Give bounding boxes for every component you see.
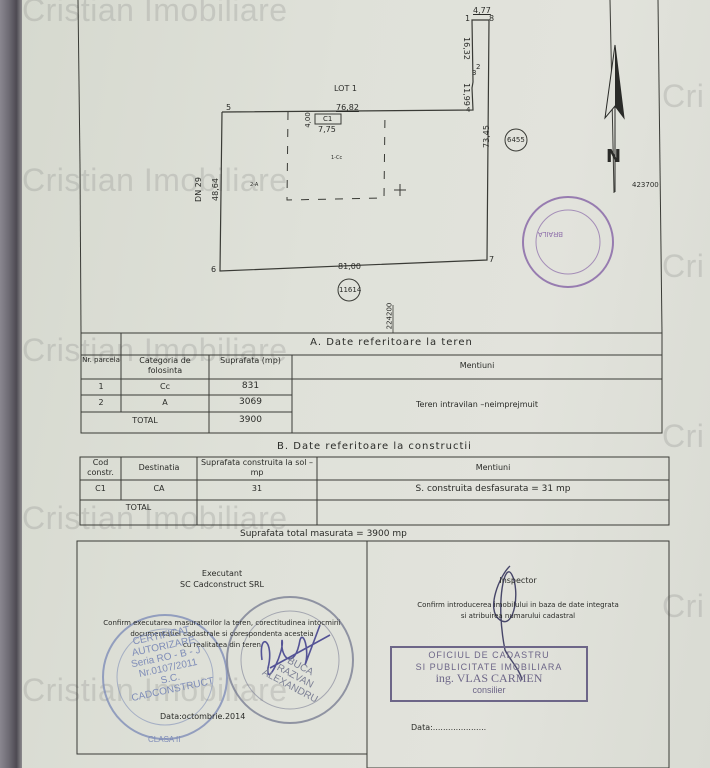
point-5: 5 <box>226 103 231 112</box>
parcel-label-1: 1-Cc <box>331 155 342 161</box>
executant-confirm-2: documentatiei cadastrale si corespondent… <box>77 630 367 638</box>
executant-company: SC Cadconstruct SRL <box>77 580 367 589</box>
point-8: 8 <box>489 14 494 23</box>
header-suprafata-constr: Suprafata construita la sol – mp <box>197 458 317 478</box>
total-surface: Suprafata total masurata = 3900 mp <box>240 529 407 539</box>
dim-p1-p8: 4,77 <box>473 6 491 15</box>
inspector-stamp-office: OFICIUL DE CADASTRU <box>392 650 586 660</box>
inspector-stamp-role: consilier <box>392 685 586 695</box>
total-area-a: 3900 <box>209 415 292 425</box>
header-nr-parcela: Nr. parcela <box>81 356 121 365</box>
stamp-executant-class: CLASA II <box>148 735 180 744</box>
lot-label: LOT 1 <box>334 84 357 93</box>
dim-p1-p2: 16,32 <box>462 37 471 60</box>
section-a-title: A. Date referitoare la teren <box>121 337 662 348</box>
header-destinatia: Destinatia <box>121 463 197 472</box>
point-3: 3 <box>472 69 476 77</box>
header-categoria: Categoria de folosinta <box>121 356 209 376</box>
constr-mentiuni: S. construita desfasurata = 31 mp <box>317 484 669 494</box>
point-2: 2 <box>476 63 480 71</box>
road-label: DN 29 <box>194 177 203 202</box>
mentiuni-teren: Teren intravilan –neimprejmuit <box>292 400 662 409</box>
dim-c1-width: 7,75 <box>318 125 336 134</box>
inspector-title: Inspector <box>367 576 669 585</box>
inspector-date: Data:..................... <box>411 723 486 732</box>
inspector-stamp-name: ing. VLAS CARMEN <box>392 672 586 685</box>
total-label-b: TOTAL <box>80 503 197 512</box>
section-b-title: B. Date referitoare la constructii <box>80 441 669 452</box>
neighbor-parcel-6455: 6455 <box>507 136 525 144</box>
dim-left: 48,64 <box>211 178 220 201</box>
header-suprafata: Suprafata (mp) <box>209 356 292 366</box>
row2-category: A <box>121 398 209 407</box>
dim-c1-depth: 4,00 <box>304 112 312 128</box>
constr-destination: CA <box>121 484 197 493</box>
point-1: 1 <box>465 14 470 23</box>
row2-nr: 2 <box>81 398 121 407</box>
constr-code: C1 <box>80 484 121 493</box>
total-label-a: TOTAL <box>81 416 209 425</box>
point-4: 4 <box>466 106 470 114</box>
constr-area: 31 <box>197 484 317 493</box>
building-c1-label: C1 <box>323 115 332 123</box>
grid-coord-x: 423700 <box>632 181 659 189</box>
parcel-label-2: 2-A <box>250 182 258 188</box>
dim-bottom: 81,00 <box>338 262 361 271</box>
header-mentiuni-b: Mentiuni <box>317 463 669 472</box>
dim-right: 73,45 <box>482 125 491 148</box>
inspector-confirm-1: Confirm introducerea imobilului in baza … <box>367 601 669 609</box>
dim-p3-p4: 11,99 <box>462 83 471 106</box>
executant-date: Data:octombrie.2014 <box>160 712 245 721</box>
row1-area: 831 <box>209 381 292 391</box>
point-6: 6 <box>211 265 216 274</box>
grid-coord-y: 224200 <box>385 303 393 330</box>
north-label: N <box>606 146 621 167</box>
header-mentiuni-a: Mentiuni <box>292 361 662 370</box>
point-7: 7 <box>489 255 494 264</box>
header-cod-constr: Cod constr. <box>80 458 121 478</box>
row2-area: 3069 <box>209 397 292 407</box>
executant-title: Executant <box>77 569 367 578</box>
inspector-stamp: OFICIUL DE CADASTRU SI PUBLICITATE IMOBI… <box>390 646 588 702</box>
inspector-confirm-2: si atribuirea numarului cadastral <box>367 612 669 620</box>
row1-category: Cc <box>121 382 209 391</box>
executant-confirm-1: Confirm executarea masuratorilor la tere… <box>77 619 367 627</box>
ocpi-stamp-city: BRAILA <box>538 230 563 237</box>
row1-nr: 1 <box>81 382 121 391</box>
neighbor-parcel-11614: 11614 <box>339 286 361 294</box>
dim-top: 76,82 <box>336 103 359 112</box>
